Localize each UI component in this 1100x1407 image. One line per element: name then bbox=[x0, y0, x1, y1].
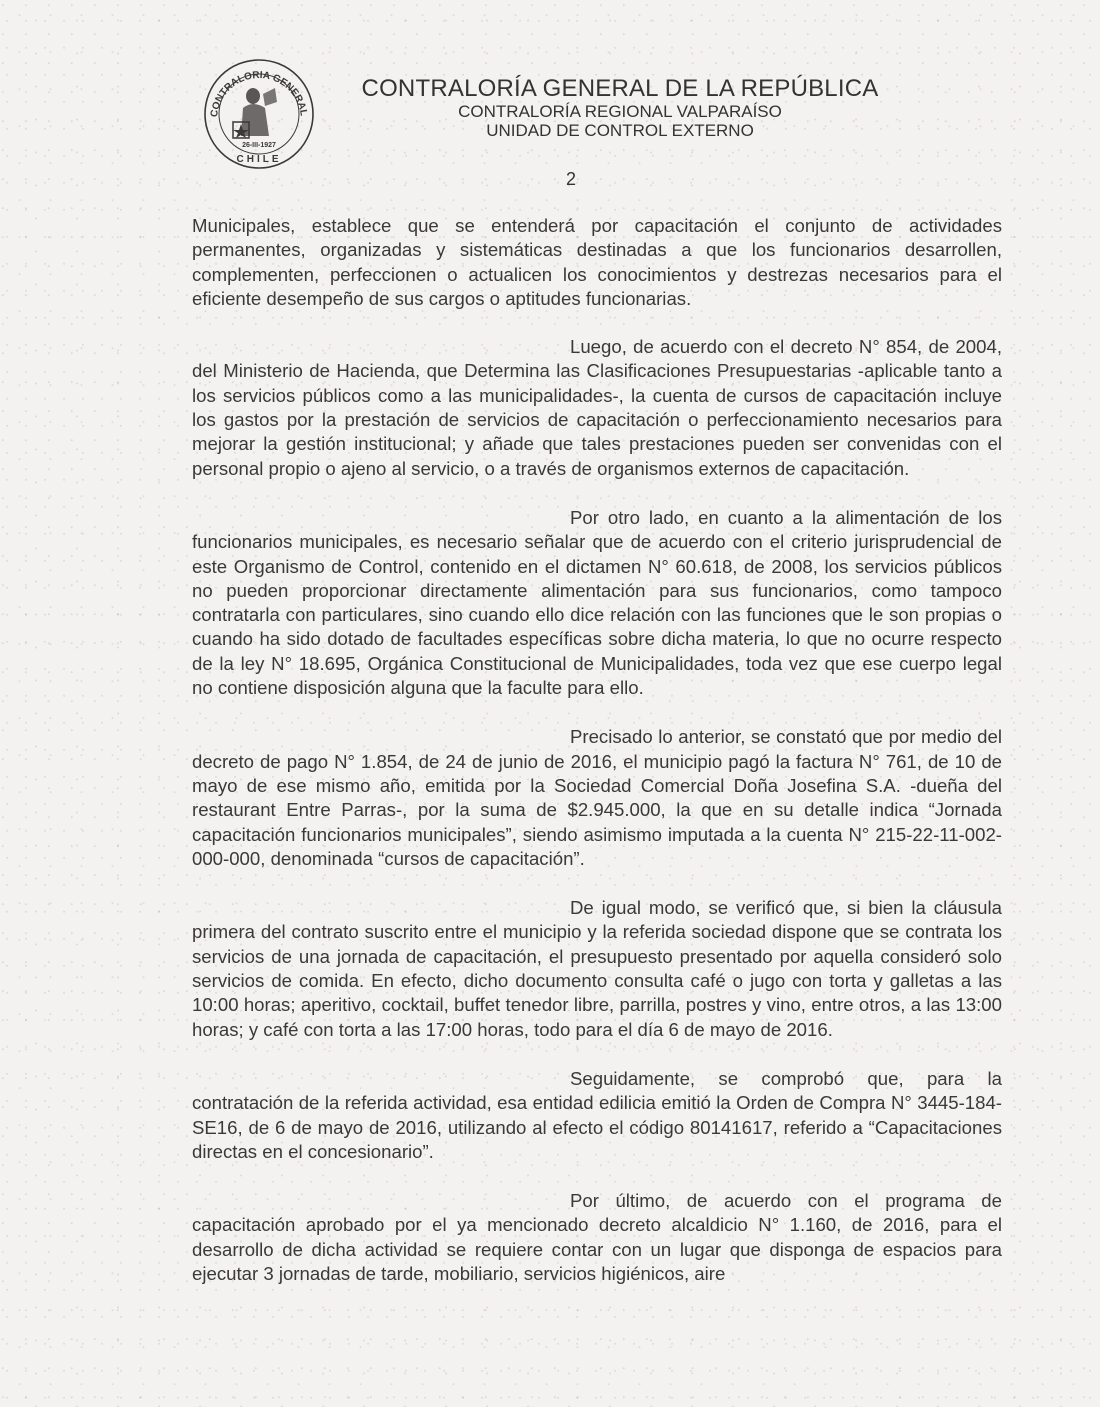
paragraph: Municipales, establece que se entenderá … bbox=[192, 214, 1002, 311]
paragraph: Luego, de acuerdo con el decreto N° 854,… bbox=[192, 335, 1002, 481]
institution-title: CONTRALORÍA GENERAL DE LA REPÚBLICA bbox=[330, 76, 910, 102]
svg-text:26-III-1927: 26-III-1927 bbox=[242, 142, 276, 149]
paragraph-text: Precisado lo anterior, se constató que p… bbox=[192, 726, 1002, 868]
paragraph: De igual modo, se verificó que, si bien … bbox=[192, 896, 1002, 1042]
unit-name: UNIDAD DE CONTROL EXTERNO bbox=[330, 121, 910, 140]
paragraph-text: Luego, de acuerdo con el decreto N° 854,… bbox=[192, 336, 1002, 478]
regional-office: CONTRALORÍA REGIONAL VALPARAÍSO bbox=[330, 102, 910, 121]
svg-text:CHILE: CHILE bbox=[237, 154, 282, 165]
paragraph-text: Seguidamente, se comprobó que, para la c… bbox=[192, 1068, 1002, 1162]
paragraph: Seguidamente, se comprobó que, para la c… bbox=[192, 1067, 1002, 1164]
paragraph: Precisado lo anterior, se constató que p… bbox=[192, 725, 1002, 871]
paragraph: Por otro lado, en cuanto a la alimentaci… bbox=[192, 506, 1002, 700]
paragraph-text: Por otro lado, en cuanto a la alimentaci… bbox=[192, 507, 1002, 698]
seal-emblem-icon: CONTRALORIA GENERAL DE LA REPUBLICA 26-I… bbox=[203, 58, 315, 170]
paragraph-text: Por último, de acuerdo con el programa d… bbox=[192, 1190, 1002, 1284]
letterhead: CONTRALORÍA GENERAL DE LA REPÚBLICA CONT… bbox=[330, 76, 910, 140]
document-page: CONTRALORIA GENERAL DE LA REPUBLICA 26-I… bbox=[0, 0, 1100, 1407]
paragraph-text: Municipales, establece que se entenderá … bbox=[192, 215, 1002, 309]
paragraph-text: De igual modo, se verificó que, si bien … bbox=[192, 897, 1002, 1039]
paragraph: Por último, de acuerdo con el programa d… bbox=[192, 1189, 1002, 1286]
page-number: 2 bbox=[0, 169, 1100, 190]
document-body: Municipales, establece que se entenderá … bbox=[192, 214, 1002, 1311]
